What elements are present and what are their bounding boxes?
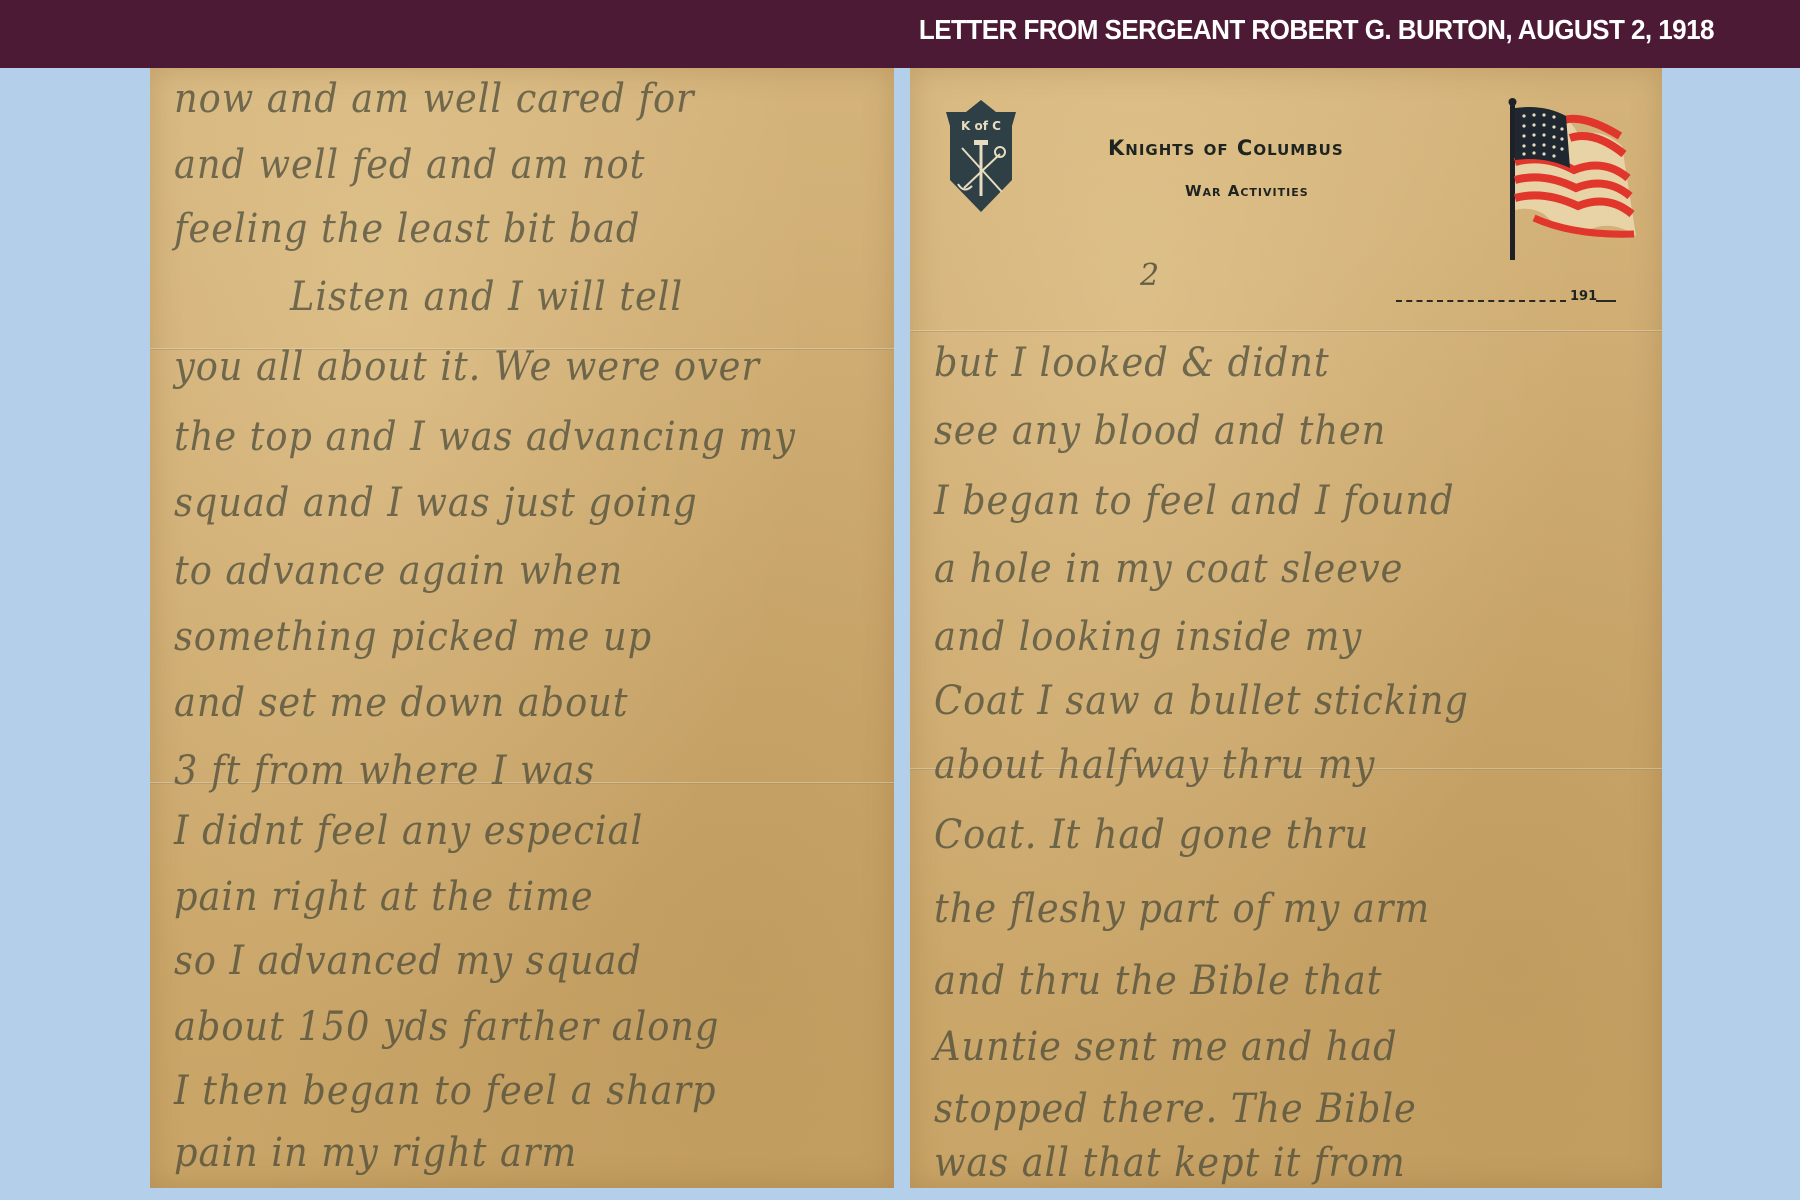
american-flag-icon [1504,96,1644,266]
handwritten-line: the top and I was advancing my [174,414,827,460]
handwritten-line: Coat. It had gone thru [934,812,1595,858]
handwritten-line: 3 ft from where I was [174,748,827,794]
handwritten-line: and set me down about [174,680,827,726]
handwritten-line: pain right at the time [174,874,827,920]
handwritten-line: to advance again when [174,548,827,594]
handwritten-line: I didnt feel any especial [174,808,827,854]
handwritten-line: now and am well cared for [174,76,827,122]
letter-page-right: K of C Knights of Columbus War Activitie… [910,68,1662,1188]
svg-text:K of C: K of C [961,119,1001,133]
title-bar: LETTER FROM SERGEANT ROBERT G. BURTON, A… [0,0,1800,68]
handwritten-line: stopped there. The Bible [934,1086,1595,1132]
handwritten-line: was all that kept it from [934,1140,1595,1186]
handwritten-line: about halfway thru my [934,742,1595,788]
handwritten-line: and well fed and am not [174,142,827,188]
date-year-prefix: 191 [1570,289,1597,304]
page-number: 2 [1140,258,1159,293]
letterhead-subtitle: War Activities [1185,182,1309,200]
handwritten-line: squad and I was just going [174,480,827,526]
handwritten-line: but I looked & didnt [934,340,1595,386]
fold-line [910,330,1662,332]
date-line-tail [1596,300,1616,302]
page-title: LETTER FROM SERGEANT ROBERT G. BURTON, A… [919,14,1714,46]
handwritten-line: the fleshy part of my arm [934,886,1595,932]
date-line [1396,300,1566,302]
handwritten-line: something picked me up [174,614,827,660]
handwritten-line: a hole in my coat sleeve [934,546,1595,592]
handwritten-line: and thru the Bible that [934,958,1595,1004]
letter-page-left: now and am well cared for and well fed a… [150,68,894,1188]
handwritten-line: Listen and I will tell [290,274,836,320]
handwritten-line: I then began to feel a sharp [174,1068,827,1114]
handwritten-line: I began to feel and I found [934,478,1595,524]
handwritten-line: Coat I saw a bullet sticking [934,678,1595,724]
handwritten-line: so I advanced my squad [174,938,827,984]
letterhead: K of C Knights of Columbus War Activitie… [910,68,1662,333]
handwritten-line: and looking inside my [934,614,1595,660]
handwritten-line: feeling the least bit bad [174,206,827,252]
knights-of-columbus-emblem-icon: K of C [944,100,1018,212]
handwritten-line: about 150 yds farther along [174,1004,827,1050]
handwritten-line: pain in my right arm [174,1130,827,1176]
letterhead-title: Knights of Columbus [1108,136,1344,160]
handwritten-line: see any blood and then [934,408,1595,454]
handwritten-line: Auntie sent me and had [934,1024,1595,1070]
handwritten-line: you all about it. We were over [174,344,827,390]
